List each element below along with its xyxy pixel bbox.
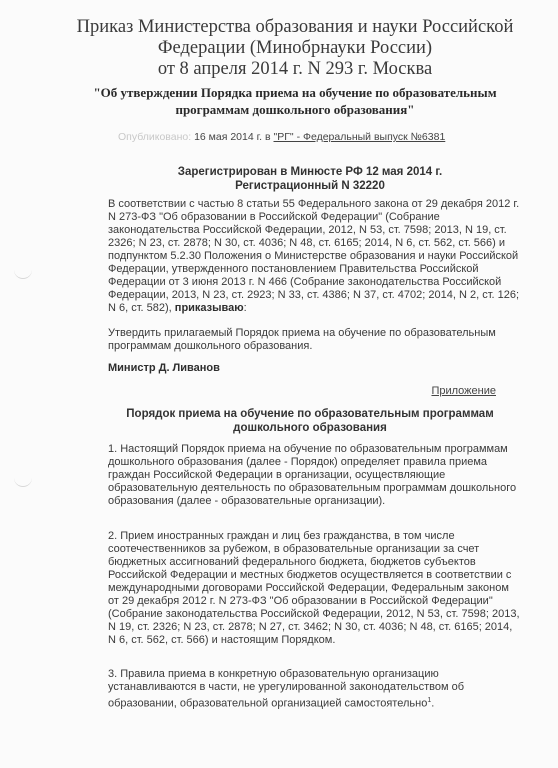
approve-paragraph: Утвердить прилагаемый Порядок приема на … xyxy=(108,327,520,353)
document-title-line-2: Федерации (Минобрнауки России) xyxy=(60,38,530,59)
preamble-text: В соответствии с частью 8 статьи 55 Феде… xyxy=(108,198,519,314)
document-subtitle-line-2: программам дошкольного образования" xyxy=(60,101,530,118)
publication-date: 16 мая 2014 г. в xyxy=(191,131,273,143)
document-page: Приказ Министерства образования и науки … xyxy=(0,0,558,768)
section-item-1: 1. Настоящий Порядок приема на обучение … xyxy=(108,443,520,508)
document-title-line-3: от 8 апреля 2014 г. N 293 г. Москва xyxy=(60,59,530,80)
publication-source-link[interactable]: "РГ" - Федеральный выпуск №6381 xyxy=(274,131,446,143)
section-title-line-2: дошкольного образования xyxy=(100,421,520,435)
section-title: Порядок приема на обучение по образовате… xyxy=(100,407,520,435)
order-word: приказываю xyxy=(175,302,244,314)
section-item-3-text: 3. Правила приема в конкретную образоват… xyxy=(108,668,464,710)
registration-number: Регистрационный N 32220 xyxy=(100,179,520,193)
punch-hole-mark xyxy=(14,270,32,279)
punch-hole-mark xyxy=(14,478,32,487)
document-title-line-1: Приказ Министерства образования и науки … xyxy=(60,17,530,38)
appendix-link[interactable]: Приложение xyxy=(431,385,496,397)
publication-label: Опубликовано: xyxy=(118,131,191,143)
order-colon: : xyxy=(244,302,247,314)
section-item-2: 2. Прием иностранных граждан и лиц без г… xyxy=(108,530,520,647)
section-item-3-tail: . xyxy=(431,698,434,710)
registration-info: Зарегистрирован в Минюсте РФ 12 мая 2014… xyxy=(100,165,520,193)
registration-line-1: Зарегистрирован в Минюсте РФ 12 мая 2014… xyxy=(100,165,520,179)
section-title-line-1: Порядок приема на обучение по образовате… xyxy=(100,407,520,421)
section-item-3: 3. Правила приема в конкретную образоват… xyxy=(108,668,520,711)
minister-signature: Министр Д. Ливанов xyxy=(108,362,520,375)
publication-info: Опубликовано: 16 мая 2014 г. в "РГ" - Фе… xyxy=(118,131,445,143)
preamble-paragraph: В соответствии с частью 8 статьи 55 Феде… xyxy=(108,198,520,315)
document-subtitle-line-1: "Об утверждении Порядка приема на обучен… xyxy=(60,84,530,101)
